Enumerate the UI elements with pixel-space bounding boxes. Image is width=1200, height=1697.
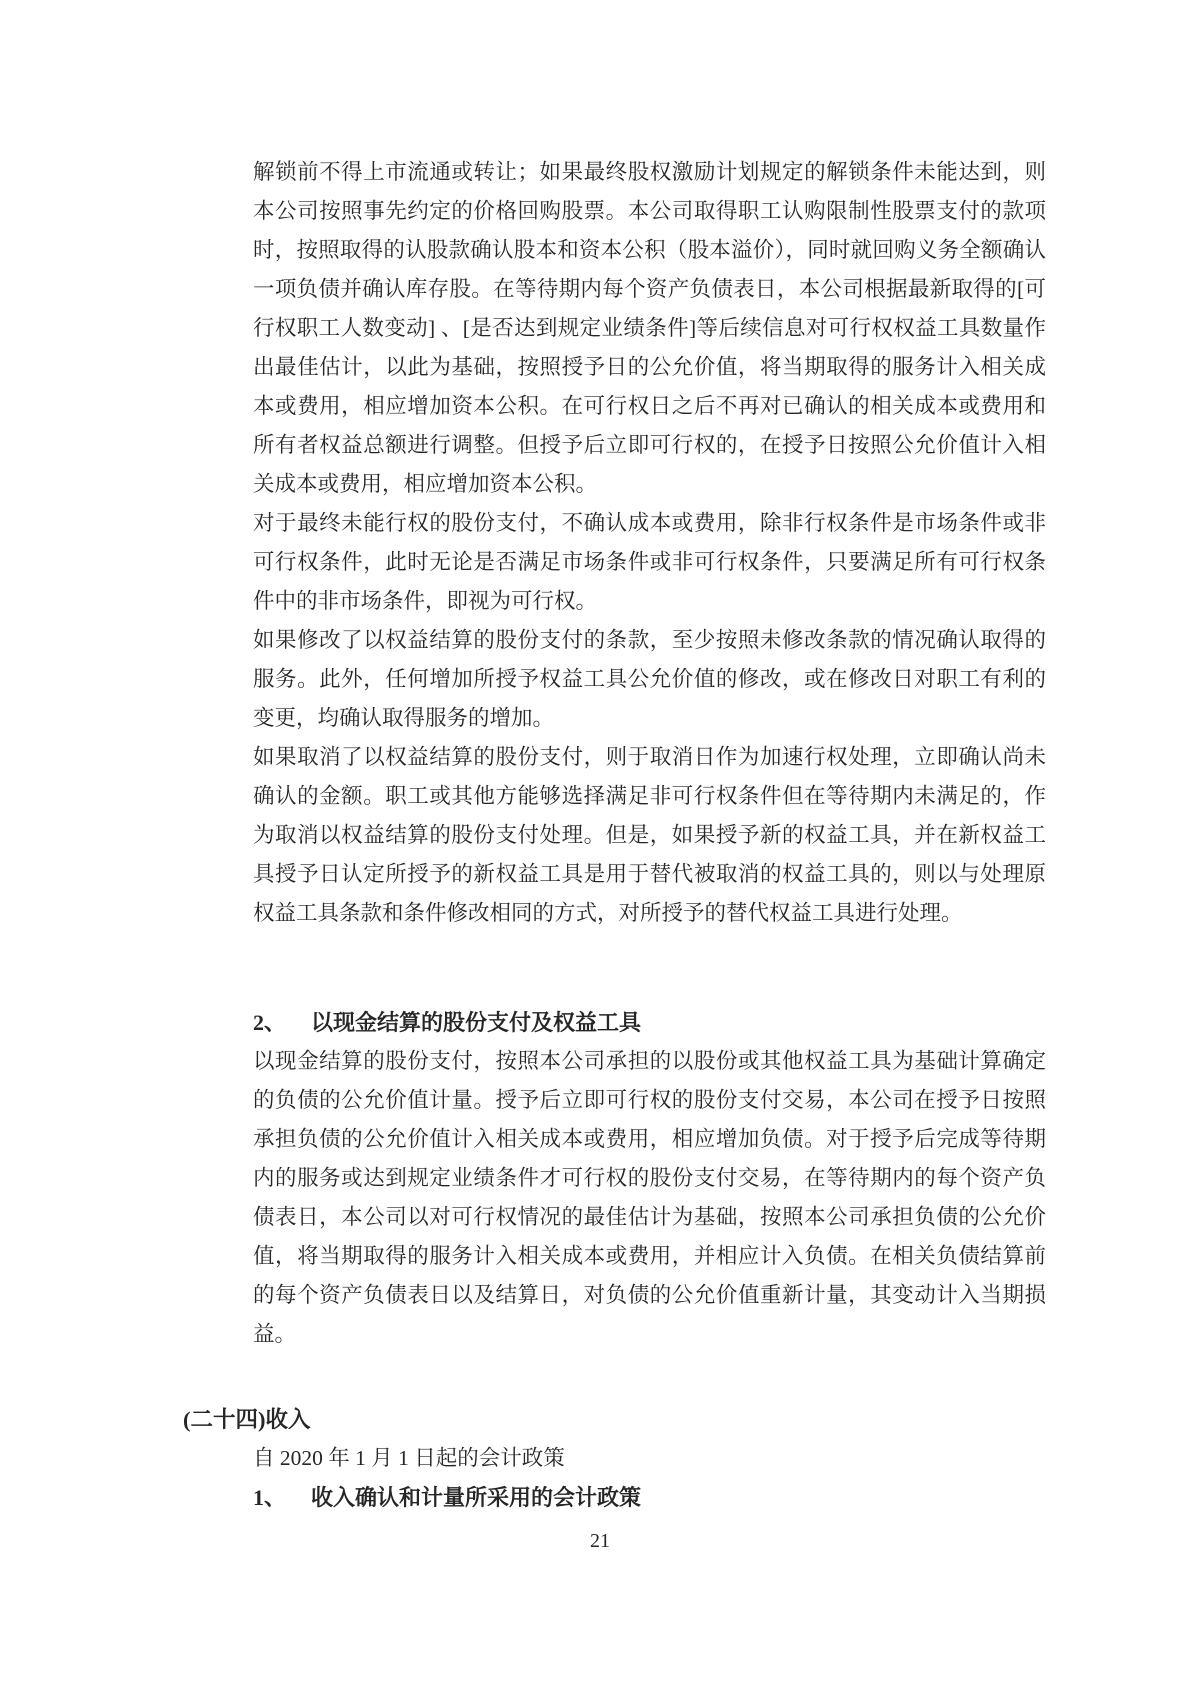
text-line: 对于最终未能行权的股份支付，不确认成本或费用，除非行权条件是市场条件或非 [253, 504, 1046, 543]
text-line: 承担负债的公允价值计入相关成本或费用，相应增加负债。对于授予后完成等待期 [253, 1120, 1046, 1159]
text-line: 值，将当期取得的服务计入相关成本或费用，并相应计入负债。在相关负债结算前 [253, 1237, 1046, 1276]
text-line: 变更，均确认取得服务的增加。 [253, 699, 1046, 738]
paragraph-cancellation: 如果取消了以权益结算的股份支付，则于取消日作为加速行权处理，立即确认尚未 确认的… [253, 738, 1046, 933]
text-line: 所有者权益总额进行调整。但授予后立即可行权的，在授予日按照公允价值计入相 [253, 426, 1046, 465]
text-line: 本公司按照事先约定的价格回购股票。本公司取得职工认购限制性股票支付的款项 [253, 192, 1046, 231]
text-line: 为取消以权益结算的股份支付处理。但是，如果授予新的权益工具，并在新权益工 [253, 816, 1046, 855]
heading-revenue-title: 收入确认和计量所采用的会计政策 [311, 1485, 641, 1510]
paragraph-cash-settled: 以现金结算的股份支付，按照本公司承担的以股份或其他权益工具为基础计算确定 的负债… [253, 1042, 1046, 1354]
text-line: 可行权条件，此时无论是否满足市场条件或非可行权条件，只要满足所有可行权条 [253, 543, 1046, 582]
text-line: 一项负债并确认库存股。在等待期内每个资产负债表日，本公司根据最新取得的[可 [253, 270, 1046, 309]
heading-revenue-number: 1、 [253, 1478, 311, 1517]
text-line: 以现金结算的股份支付，按照本公司承担的以股份或其他权益工具为基础计算确定 [253, 1042, 1046, 1081]
text-line: 权益工具条款和条件修改相同的方式，对所授予的替代权益工具进行处理。 [253, 894, 1046, 933]
text-line: 内的服务或达到规定业绩条件才可行权的股份支付交易，在等待期内的每个资产负 [253, 1159, 1046, 1198]
text-line: 关成本或费用，相应增加资本公积。 [253, 465, 1046, 504]
paragraph-vesting-conditions: 对于最终未能行权的股份支付，不确认成本或费用，除非行权条件是市场条件或非 可行权… [253, 504, 1046, 621]
heading-cash-settled-title: 以现金结算的股份支付及权益工具 [311, 1010, 641, 1035]
text-line: 服务。此外，任何增加所授予权益工具公允价值的修改，或在修改日对职工有利的 [253, 660, 1046, 699]
heading-revenue-recognition: 1、收入确认和计量所采用的会计政策 [253, 1478, 1046, 1517]
text-line: 具授予日认定所授予的新权益工具是用于替代被取消的权益工具的，则以与处理原 [253, 855, 1046, 894]
paragraph-modification: 如果修改了以权益结算的股份支付的条款，至少按照未修改条款的情况确认取得的 服务。… [253, 621, 1046, 738]
text-line: 确认的金额。职工或其他方能够选择满足非可行权条件但在等待期内未满足的，作 [253, 777, 1046, 816]
document-body: 解锁前不得上市流通或转让；如果最终股权激励计划规定的解锁条件未能达到，则 本公司… [253, 153, 1046, 1517]
page-number: 21 [0, 1528, 1200, 1554]
text-line: 件中的非市场条件，即视为可行权。 [253, 582, 1046, 621]
text-line: 如果取消了以权益结算的股份支付，则于取消日作为加速行权处理，立即确认尚未 [253, 738, 1046, 777]
section-revenue-number: (二十四) [183, 1407, 266, 1432]
heading-cash-settled-number: 2、 [253, 1003, 311, 1042]
text-line: 时，按照取得的认股款确认股本和资本公积（股本溢价），同时就回购义务全额确认 [253, 231, 1046, 270]
text-line: 益。 [253, 1315, 1046, 1354]
text-line: 如果修改了以权益结算的股份支付的条款，至少按照未修改条款的情况确认取得的 [253, 621, 1046, 660]
text-line: 解锁前不得上市流通或转让；如果最终股权激励计划规定的解锁条件未能达到，则 [253, 153, 1046, 192]
section-revenue-title: 收入 [266, 1407, 311, 1432]
text-line: 出最佳估计，以此为基础，按照授予日的公允价值，将当期取得的服务计入相关成 [253, 348, 1046, 387]
text-line: 本或费用，相应增加资本公积。在可行权日之后不再对已确认的相关成本或费用和 [253, 387, 1046, 426]
paragraph-restricted-stock: 解锁前不得上市流通或转让；如果最终股权激励计划规定的解锁条件未能达到，则 本公司… [253, 153, 1046, 504]
text-line: 债表日，本公司以对可行权情况的最佳估计为基础，按照本公司承担负债的公允价 [253, 1198, 1046, 1237]
text-line: 的负债的公允价值计量。授予后立即可行权的股份支付交易，本公司在授予日按照 [253, 1081, 1046, 1120]
text-line: 行权职工人数变动] 、[是否达到规定业绩条件]等后续信息对可行权权益工具数量作 [253, 309, 1046, 348]
heading-cash-settled: 2、以现金结算的股份支付及权益工具 [253, 1003, 1046, 1042]
policy-effective-note: 自 2020 年 1 月 1 日起的会计政策 [253, 1439, 1046, 1478]
section-revenue-heading: (二十四)收入 [183, 1400, 1046, 1439]
text-line: 的每个资产负债表日以及结算日，对负债的公允价值重新计量，其变动计入当期损 [253, 1276, 1046, 1315]
